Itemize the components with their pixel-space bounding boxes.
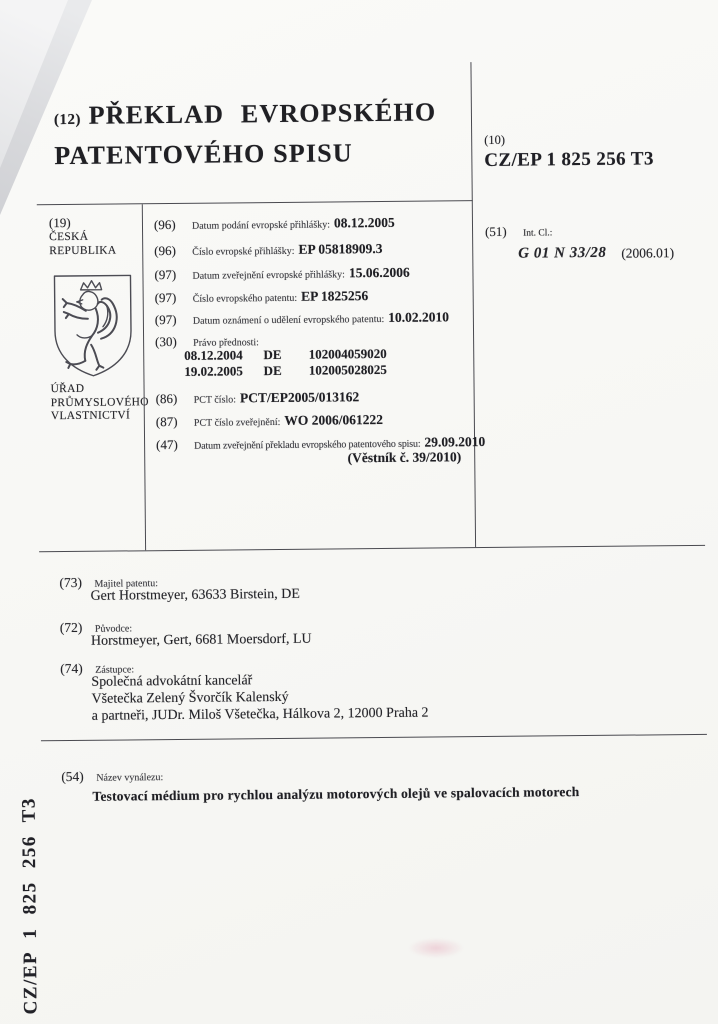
horizontal-divider-header (37, 200, 473, 206)
field-value: 29.09.2010 (424, 434, 485, 450)
country-code: (19) (49, 215, 116, 232)
horizontal-divider-lower (41, 734, 707, 742)
field-label: Název vynálezu: (96, 772, 163, 784)
field-label: Datum podání evropské přihlášky: (192, 219, 330, 231)
field-value: EP 05818909.3 (298, 241, 382, 257)
ipc-class: G 01 N 33/28 (518, 245, 606, 263)
vertical-divider-left-column (142, 204, 147, 550)
document-title-block: (12) PŘEKLAD EVROPSKÉHO PATENTOVÉHO SPIS… (54, 94, 437, 173)
field-value: 10.02.2010 (388, 309, 449, 325)
inventor-name: Horstmeyer, Gert, 6681 Moersdorf, LU (91, 631, 312, 650)
priority-number: 102005028025 (309, 362, 387, 378)
invention-title-header: (54) Název vynálezu: (61, 767, 163, 786)
printed-content: (12) PŘEKLAD EVROPSKÉHO PATENTOVÉHO SPIS… (0, 0, 718, 1024)
field-row-filing-date: (96) Datum podání evropské přihlášky: 08… (154, 214, 395, 234)
field-code: (54) (61, 769, 92, 785)
field-row-pct-publication: (87) PCT číslo zveřejnění: WO 2006/06122… (156, 411, 383, 431)
priority-entry: 08.12.2004 DE 102004059020 (184, 346, 387, 364)
priority-entry: 19.02.2005 DE 102005028025 (184, 362, 387, 380)
vertical-divider-main (470, 62, 476, 547)
field-row-publication-date: (97) Datum zveřejnění evropské přihlášky… (154, 264, 409, 284)
ipc-version: (2006.01) (621, 245, 674, 262)
field-value: 15.06.2006 (349, 265, 410, 281)
field-code: (87) (156, 414, 190, 430)
field-code: (72) (60, 620, 91, 636)
field-value: WO 2006/061222 (284, 412, 383, 428)
representative-line: Všetečka Zelený Švorčík Kalenský (91, 689, 288, 708)
field-code: (97) (155, 312, 189, 328)
scanned-patent-page: (12) PŘEKLAD EVROPSKÉHO PATENTOVÉHO SPIS… (0, 0, 718, 1024)
country-name-line2: REPUBLIKA (49, 244, 116, 258)
publication-number-block: (10) CZ/EP 1 825 256 T3 (484, 131, 654, 172)
field-code: (97) (155, 290, 189, 306)
field-code: (96) (154, 217, 188, 233)
country-block: (19) ČESKÁ REPUBLIKA (49, 215, 117, 259)
field-label: Datum oznámení o udělení evropského pate… (193, 314, 384, 327)
field-row-application-number: (96) Číslo evropské přihlášky: EP 058189… (154, 240, 382, 260)
field-label: PCT číslo zveřejnění: (194, 417, 281, 429)
sidebar-patent-number: CZ/EP 1 825 256 T3 (18, 793, 60, 1017)
field-row-patent-number: (97) Číslo evropského patentu: EP 182525… (155, 287, 369, 307)
czech-lion-coat-of-arms-icon (49, 272, 136, 379)
field-code: (73) (59, 575, 90, 591)
scan-smudge-artifact (408, 938, 464, 958)
priority-country: DE (264, 363, 306, 379)
field-label: PCT číslo: (194, 394, 236, 405)
priority-date: 19.02.2005 (184, 363, 260, 380)
priority-number: 102004059020 (309, 346, 387, 362)
country-name-line1: ČESKÁ (49, 231, 116, 245)
field-row-grant-date: (97) Datum oznámení o udělení evropského… (155, 308, 449, 329)
field-code: (74) (60, 661, 91, 677)
office-name-block: ÚŘAD PRŮMYSLOVÉHO VLASTNICTVÍ (50, 382, 149, 423)
field-label: Číslo evropské přihlášky: (192, 246, 294, 258)
field-label: Datum zveřejnění evropské přihlášky: (192, 269, 345, 281)
owner-name: Gert Horstmeyer, 63633 Birstein, DE (90, 586, 300, 605)
invention-title: Testovací médium pro rychlou analýzu mot… (92, 784, 579, 805)
field-row-pct-number: (86) PCT číslo: PCT/EP2005/013162 (156, 388, 360, 408)
representative-line: a partneři, JUDr. Miloš Všetečka, Hálkov… (92, 705, 429, 725)
priority-country: DE (263, 347, 305, 363)
field-value: PCT/EP2005/013162 (240, 389, 359, 405)
horizontal-divider-middle (39, 545, 705, 553)
document-title-line2: PATENTOVÉHO SPISU (54, 134, 437, 173)
int-cl-label: Int. Cl.: (523, 228, 552, 238)
classification-block: (51) Int. Cl.: (485, 222, 552, 241)
office-name-line3: VLASTNICTVÍ (51, 409, 149, 423)
field-code: (96) (154, 243, 188, 259)
document-title-line1: PŘEKLAD EVROPSKÉHO (88, 97, 436, 129)
office-name-line2: PRŮMYSLOVÉHO (51, 396, 149, 410)
field-value: EP 1825256 (301, 288, 368, 304)
publication-code: (10) (484, 131, 654, 148)
publication-number: CZ/EP 1 825 256 T3 (484, 148, 654, 172)
field-code: (86) (156, 391, 190, 407)
representative-line: Společná advokátní kancelář (91, 672, 252, 691)
field-code: (47) (156, 437, 190, 453)
office-name-line1: ÚŘAD (50, 382, 148, 396)
field-note-vestnik: (Věstník č. 39/2010) (156, 449, 461, 468)
field-code: (97) (154, 267, 188, 283)
field-label: Číslo evropského patentu: (193, 293, 298, 305)
field-value: 08.12.2005 (334, 215, 395, 231)
kind-code: (12) (54, 112, 81, 128)
priority-date: 08.12.2004 (184, 347, 260, 364)
field-code: (51) (485, 224, 519, 240)
